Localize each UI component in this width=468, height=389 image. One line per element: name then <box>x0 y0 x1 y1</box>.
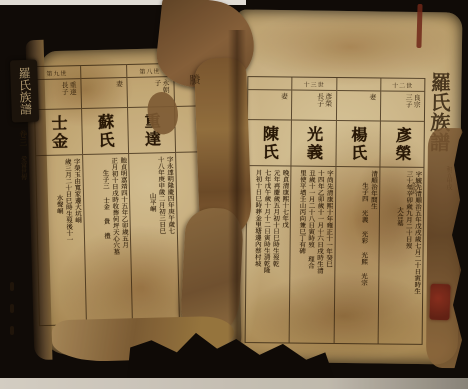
bio-line: 七年戊午歲十月十二日寅時生清乾隆 <box>262 169 271 340</box>
column-yanrong: 十二世 良宗三子 彥榮 字毓先清順治五年戊戌歲七月二十日寅時生 三十年辛卯歲九月… <box>377 78 424 343</box>
column-yangshi: 妻 楊氏 清順治年間生 生子四 光義 光彩 光熙 光宗 <box>333 78 380 343</box>
person-name: 蘇氏 <box>96 113 113 149</box>
column-shijin: 第九世 重達長子 士金 字榮玉由寬家邊大坑峒 歲三月二十日巳時生歿後十一 水聲峒 <box>34 66 85 325</box>
person-name: 彥榮 <box>394 126 410 162</box>
person-name: 楊氏 <box>350 126 366 162</box>
bio-line: 字毓先清順治五年戊戌歲七月二十日寅時生 <box>413 171 422 342</box>
biography-text: 字永達明隆慶四年庚午歲七 十八年庚申歲二月初三日巳 山平峒 <box>129 153 178 323</box>
bio-line: 大合墓 <box>395 207 403 342</box>
biography-text: 貤貞明嘉靖四十五年乙卯歲五月 正月初十日戌時收葬何坪天心穴墓 生子三 士金 貴 … <box>83 154 132 324</box>
generation-label: 十二世 <box>381 78 424 91</box>
scan-edge-bottom <box>0 378 468 389</box>
biography-text: 字榮玉由寬家邊大坑峒 歲三月二十日巳時生歿後十一 水聲峒 <box>36 155 85 325</box>
relation-label: 妻 <box>115 80 123 87</box>
bio-line: 十四年乙卯歲十一月十六日戌時生清 <box>315 170 324 341</box>
bio-line: 三十年辛卯歲九月二十日歿 <box>404 171 413 342</box>
bio-line: 晚貞清康熙十七年戊 <box>280 169 289 340</box>
spine-note-label: 愛富世傳 <box>19 156 26 180</box>
generation-label <box>81 65 127 79</box>
bio-line: 生子四 光義 光彩 光熙 光宗 <box>359 182 368 341</box>
relation-label: 良宗三子 <box>405 94 421 112</box>
biography-text: 清順治年間生 生子四 光義 光彩 光熙 光宗 <box>334 167 379 343</box>
relation-label: 重達長子 <box>61 81 77 99</box>
binding-stitch <box>10 326 14 335</box>
bio-line: 丑歲十一月二十八日寅時歿 理合 <box>306 170 315 341</box>
right-page-genealogy-table: 妻 陳氏 晚貞清康熙十七年戊 元年再慶歲五月初十日巳時生歿乾 七年戊午歲十月十二… <box>245 76 426 345</box>
bio-line: 月初十日巳時葬金里塘邊內蔡村坡 <box>253 169 262 340</box>
generation-label <box>337 78 380 91</box>
person-name: 陳氏 <box>261 125 277 161</box>
binding-stitch <box>10 282 14 291</box>
red-seal-stamp <box>429 284 450 321</box>
column-guangyi: 十三世 彥榮長子 光義 字尚先清康熙十年雍正十一年癸巳 十四年乙卯歲十一月十六日… <box>289 78 336 343</box>
center-fold-shadow <box>228 30 246 355</box>
bio-line: 元年再慶歲五月初十日巳時生歿乾 <box>271 169 280 340</box>
relation-label: 妻 <box>280 92 288 99</box>
spine-title-label: 羅氏族譜 <box>10 60 39 123</box>
bio-line: 字尚先清康熙十年雍正十一年癸巳 <box>324 170 333 341</box>
biography-text: 字尚先清康熙十年雍正十一年癸巳 十四年乙卯歲十一月十六日戌時生清 丑歲十一月二十… <box>290 167 335 343</box>
handwritten-mark: 賸 <box>186 73 203 85</box>
spine-title-text: 羅氏族譜 <box>17 67 31 115</box>
binding-stitch <box>10 304 14 313</box>
edge-handwriting: 彥榮 <box>408 182 417 194</box>
biography-text: 晚貞清康熙十七年戊 元年再慶歲五月初十日巳時生歿乾 七年戊午歲十月十二日寅時生清… <box>246 166 291 342</box>
person-name: 光義 <box>305 125 321 161</box>
photo-of-genealogy-book: 第九世 重達長子 士金 字榮玉由寬家邊大坑峒 歲三月二十日巳時生歿後十一 水聲峒… <box>0 0 468 389</box>
bio-line: 里使平墳壬山丙向兼巳丁有碑 <box>297 170 306 341</box>
column-sushi: 妻 蘇氏 貤貞明嘉靖四十五年乙卯歲五月 正月初十日戌時收葬何坪天心穴墓 生子三 … <box>80 65 132 324</box>
relation-label: 妻 <box>369 93 377 100</box>
person-name: 士金 <box>50 114 67 150</box>
spine-volume-label: 卷三 <box>18 130 27 146</box>
generation-label <box>248 77 291 90</box>
relation-label: 彥榮長子 <box>316 93 332 111</box>
bio-line: 清順治年間生 <box>368 170 377 341</box>
column-chenshi: 妻 陳氏 晚貞清康熙十七年戊 元年再慶歲五月初十日巳時生歿乾 七年戊午歲十月十二… <box>246 77 292 342</box>
paper-stain <box>248 8 453 86</box>
generation-label: 十三世 <box>293 78 336 91</box>
generation-label: 第九世 <box>34 66 80 80</box>
